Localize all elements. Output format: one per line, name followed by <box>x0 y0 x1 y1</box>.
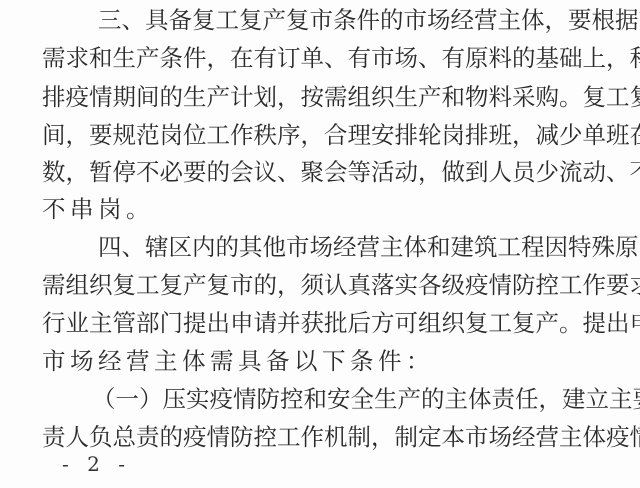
condition-1-line-2: 责人负总责的疫情防控工作机制，制定本市场经营主体疫情防控 <box>42 422 604 452</box>
section-3-line-1: 三、具备复工复产复市条件的市场经营主体，要根据市场 <box>98 5 604 35</box>
section-4-line-2: 需组织复工复产复市的，须认真落实各级疫情防控工作要求，向 <box>42 270 604 300</box>
section-4-line-1: 四、辖区内的其他市场经营主体和建筑工程因特殊原因确 <box>98 232 604 262</box>
document-page: 三、具备复工复产复市条件的市场经营主体，要根据市场 需求和生产条件，在有订单、有… <box>0 0 640 488</box>
condition-1-line-1: （一）压实疫情防控和安全生产的主体责任，建立主要负 <box>92 384 604 414</box>
section-3-line-3: 排疫情期间的生产计划，按需组织生产和物料采购。复工复产期 <box>42 82 604 112</box>
section-3-line-5: 数，暂停不必要的会议、聚会等活动，做到人员少流动、不聚集、 <box>42 157 604 187</box>
section-3-line-6: 不串岗。 <box>42 194 604 224</box>
page-number: - 2 - <box>62 452 131 476</box>
section-3-line-2: 需求和生产条件，在有订单、有市场、有原料的基础上，科学安 <box>42 43 604 73</box>
section-4-line-4: 市场经营主体需具备以下条件： <box>42 346 604 376</box>
section-4-line-3: 行业主管部门提出申请并获批后方可组织复工复产。提出申请的 <box>42 308 604 338</box>
section-3-line-4: 间，要规范岗位工作秩序，合理安排轮岗排班，减少单班在岗人 <box>42 120 604 150</box>
